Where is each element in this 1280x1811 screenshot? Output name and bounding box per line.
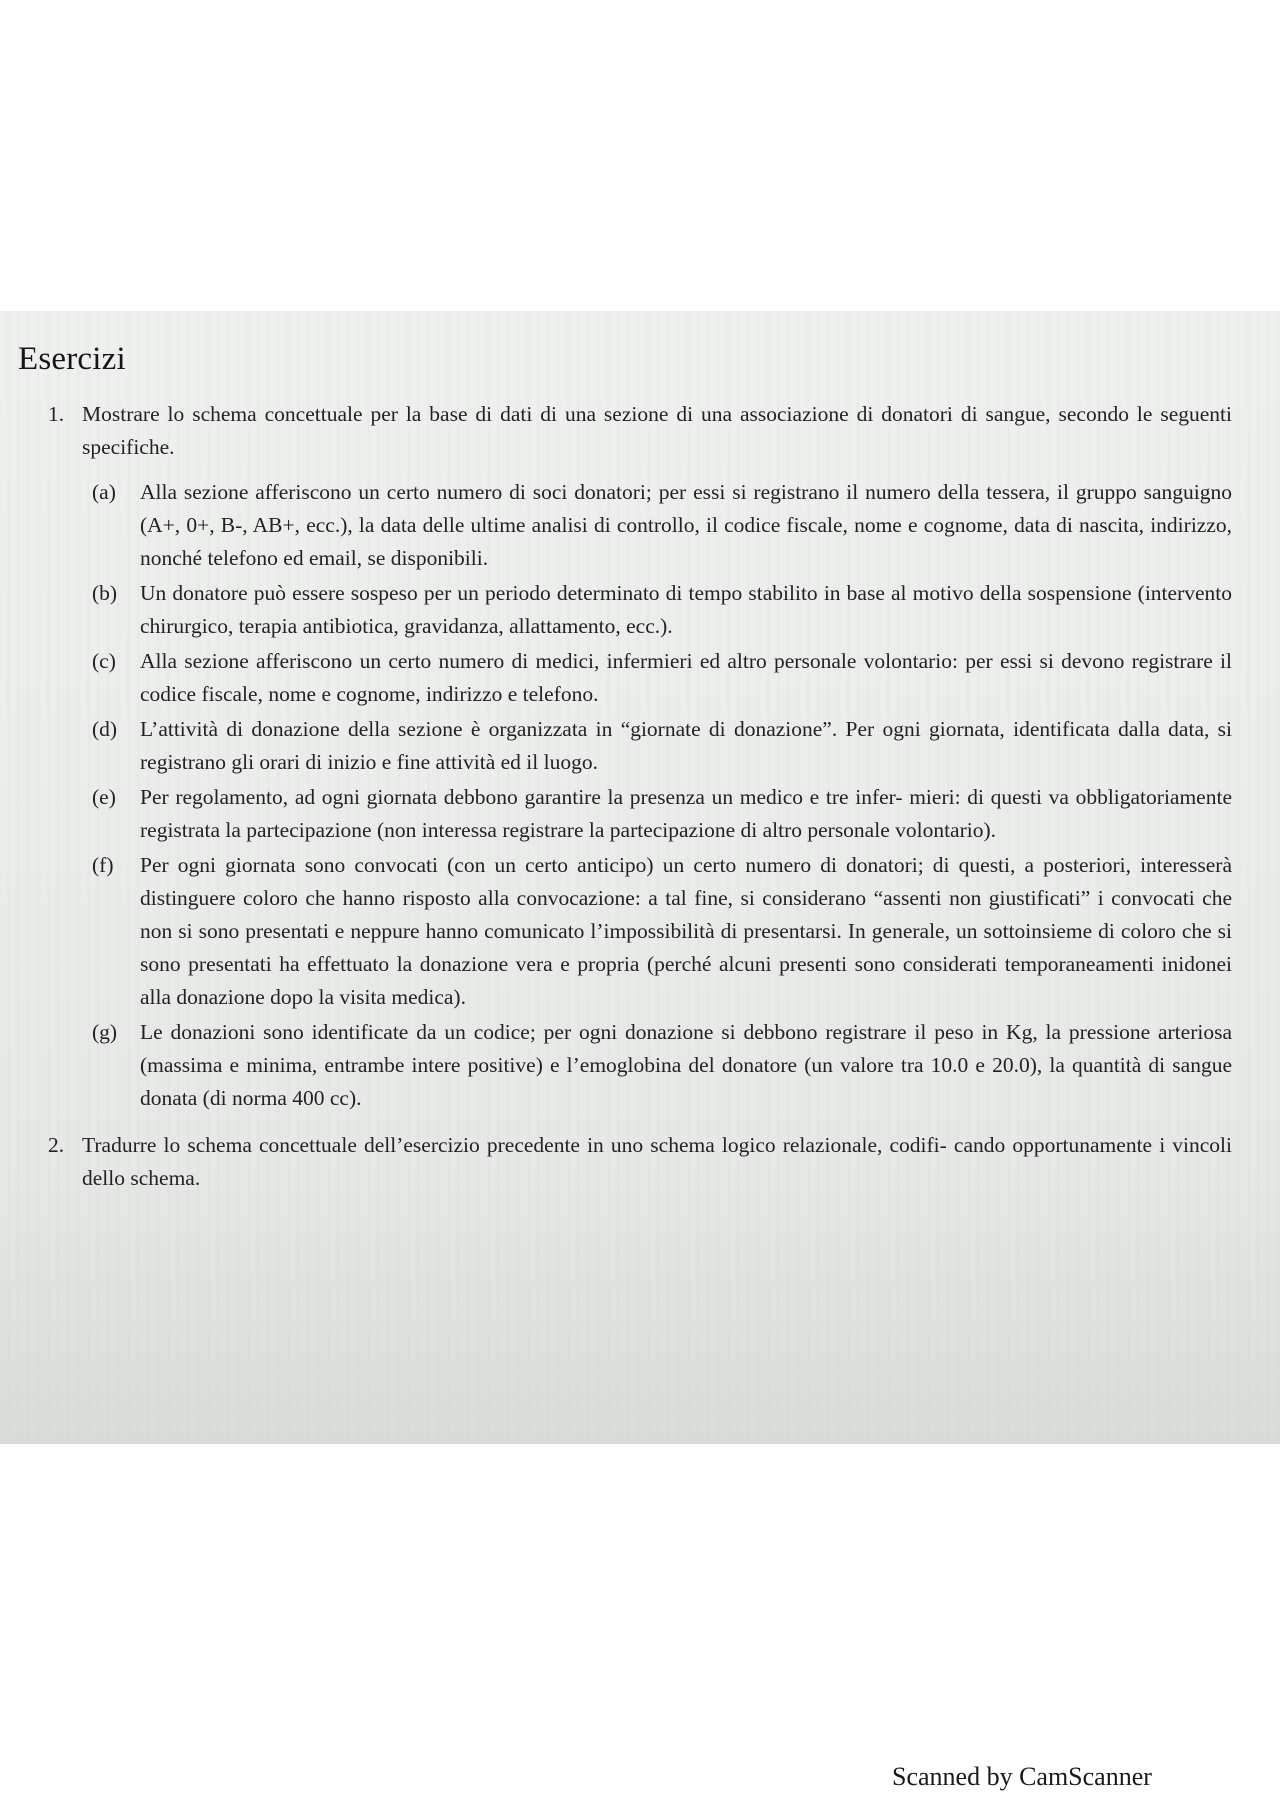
exercise-text: Mostrare lo schema concettuale per la ba… <box>82 398 1232 464</box>
item-label: (g) <box>92 1016 117 1049</box>
specification-item-b: (b) Un donatore può essere sospeso per u… <box>82 577 1232 643</box>
exercise-1: 1. Mostrare lo schema concettuale per la… <box>0 398 1280 1115</box>
item-label: (b) <box>92 577 117 610</box>
specification-item-c: (c) Alla sezione afferiscono un certo nu… <box>82 645 1232 711</box>
exercise-number: 2. <box>48 1129 64 1162</box>
exercise-2: 2. Tradurre lo schema concettuale dell’e… <box>0 1129 1280 1195</box>
item-label: (f) <box>92 849 113 882</box>
camscanner-watermark: Scanned by CamScanner <box>892 1762 1152 1792</box>
exercise-list: 1. Mostrare lo schema concettuale per la… <box>0 398 1280 1195</box>
scanned-page: Esercizi 1. Mostrare lo schema concettua… <box>0 311 1280 1444</box>
item-label: (c) <box>92 645 116 678</box>
item-text: Un donatore può essere sospeso per un pe… <box>140 581 1232 638</box>
item-label: (d) <box>92 713 117 746</box>
item-text: Le donazioni sono identificate da un cod… <box>140 1020 1232 1110</box>
item-text: Per regolamento, ad ogni giornata debbon… <box>140 785 1232 842</box>
specification-item-g: (g) Le donazioni sono identificate da un… <box>82 1016 1232 1115</box>
specification-item-a: (a) Alla sezione afferiscono un certo nu… <box>82 476 1232 575</box>
specification-item-f: (f) Per ogni giornata sono convocati (co… <box>82 849 1232 1014</box>
item-text: Per ogni giornata sono convocati (con un… <box>140 853 1232 1009</box>
item-text: Alla sezione afferiscono un certo numero… <box>140 480 1232 570</box>
specification-item-d: (d) L’attività di donazione della sezion… <box>82 713 1232 779</box>
section-title: Esercizi <box>18 341 126 378</box>
exercise-number: 1. <box>48 398 64 431</box>
exercise-text: Tradurre lo schema concettuale dell’eser… <box>82 1129 1232 1195</box>
item-label: (e) <box>92 781 116 814</box>
item-text: L’attività di donazione della sezione è … <box>140 717 1232 774</box>
specification-item-e: (e) Per regolamento, ad ogni giornata de… <box>82 781 1232 847</box>
item-text: Alla sezione afferiscono un certo numero… <box>140 649 1232 706</box>
specification-list: (a) Alla sezione afferiscono un certo nu… <box>82 476 1232 1115</box>
item-label: (a) <box>92 476 116 509</box>
